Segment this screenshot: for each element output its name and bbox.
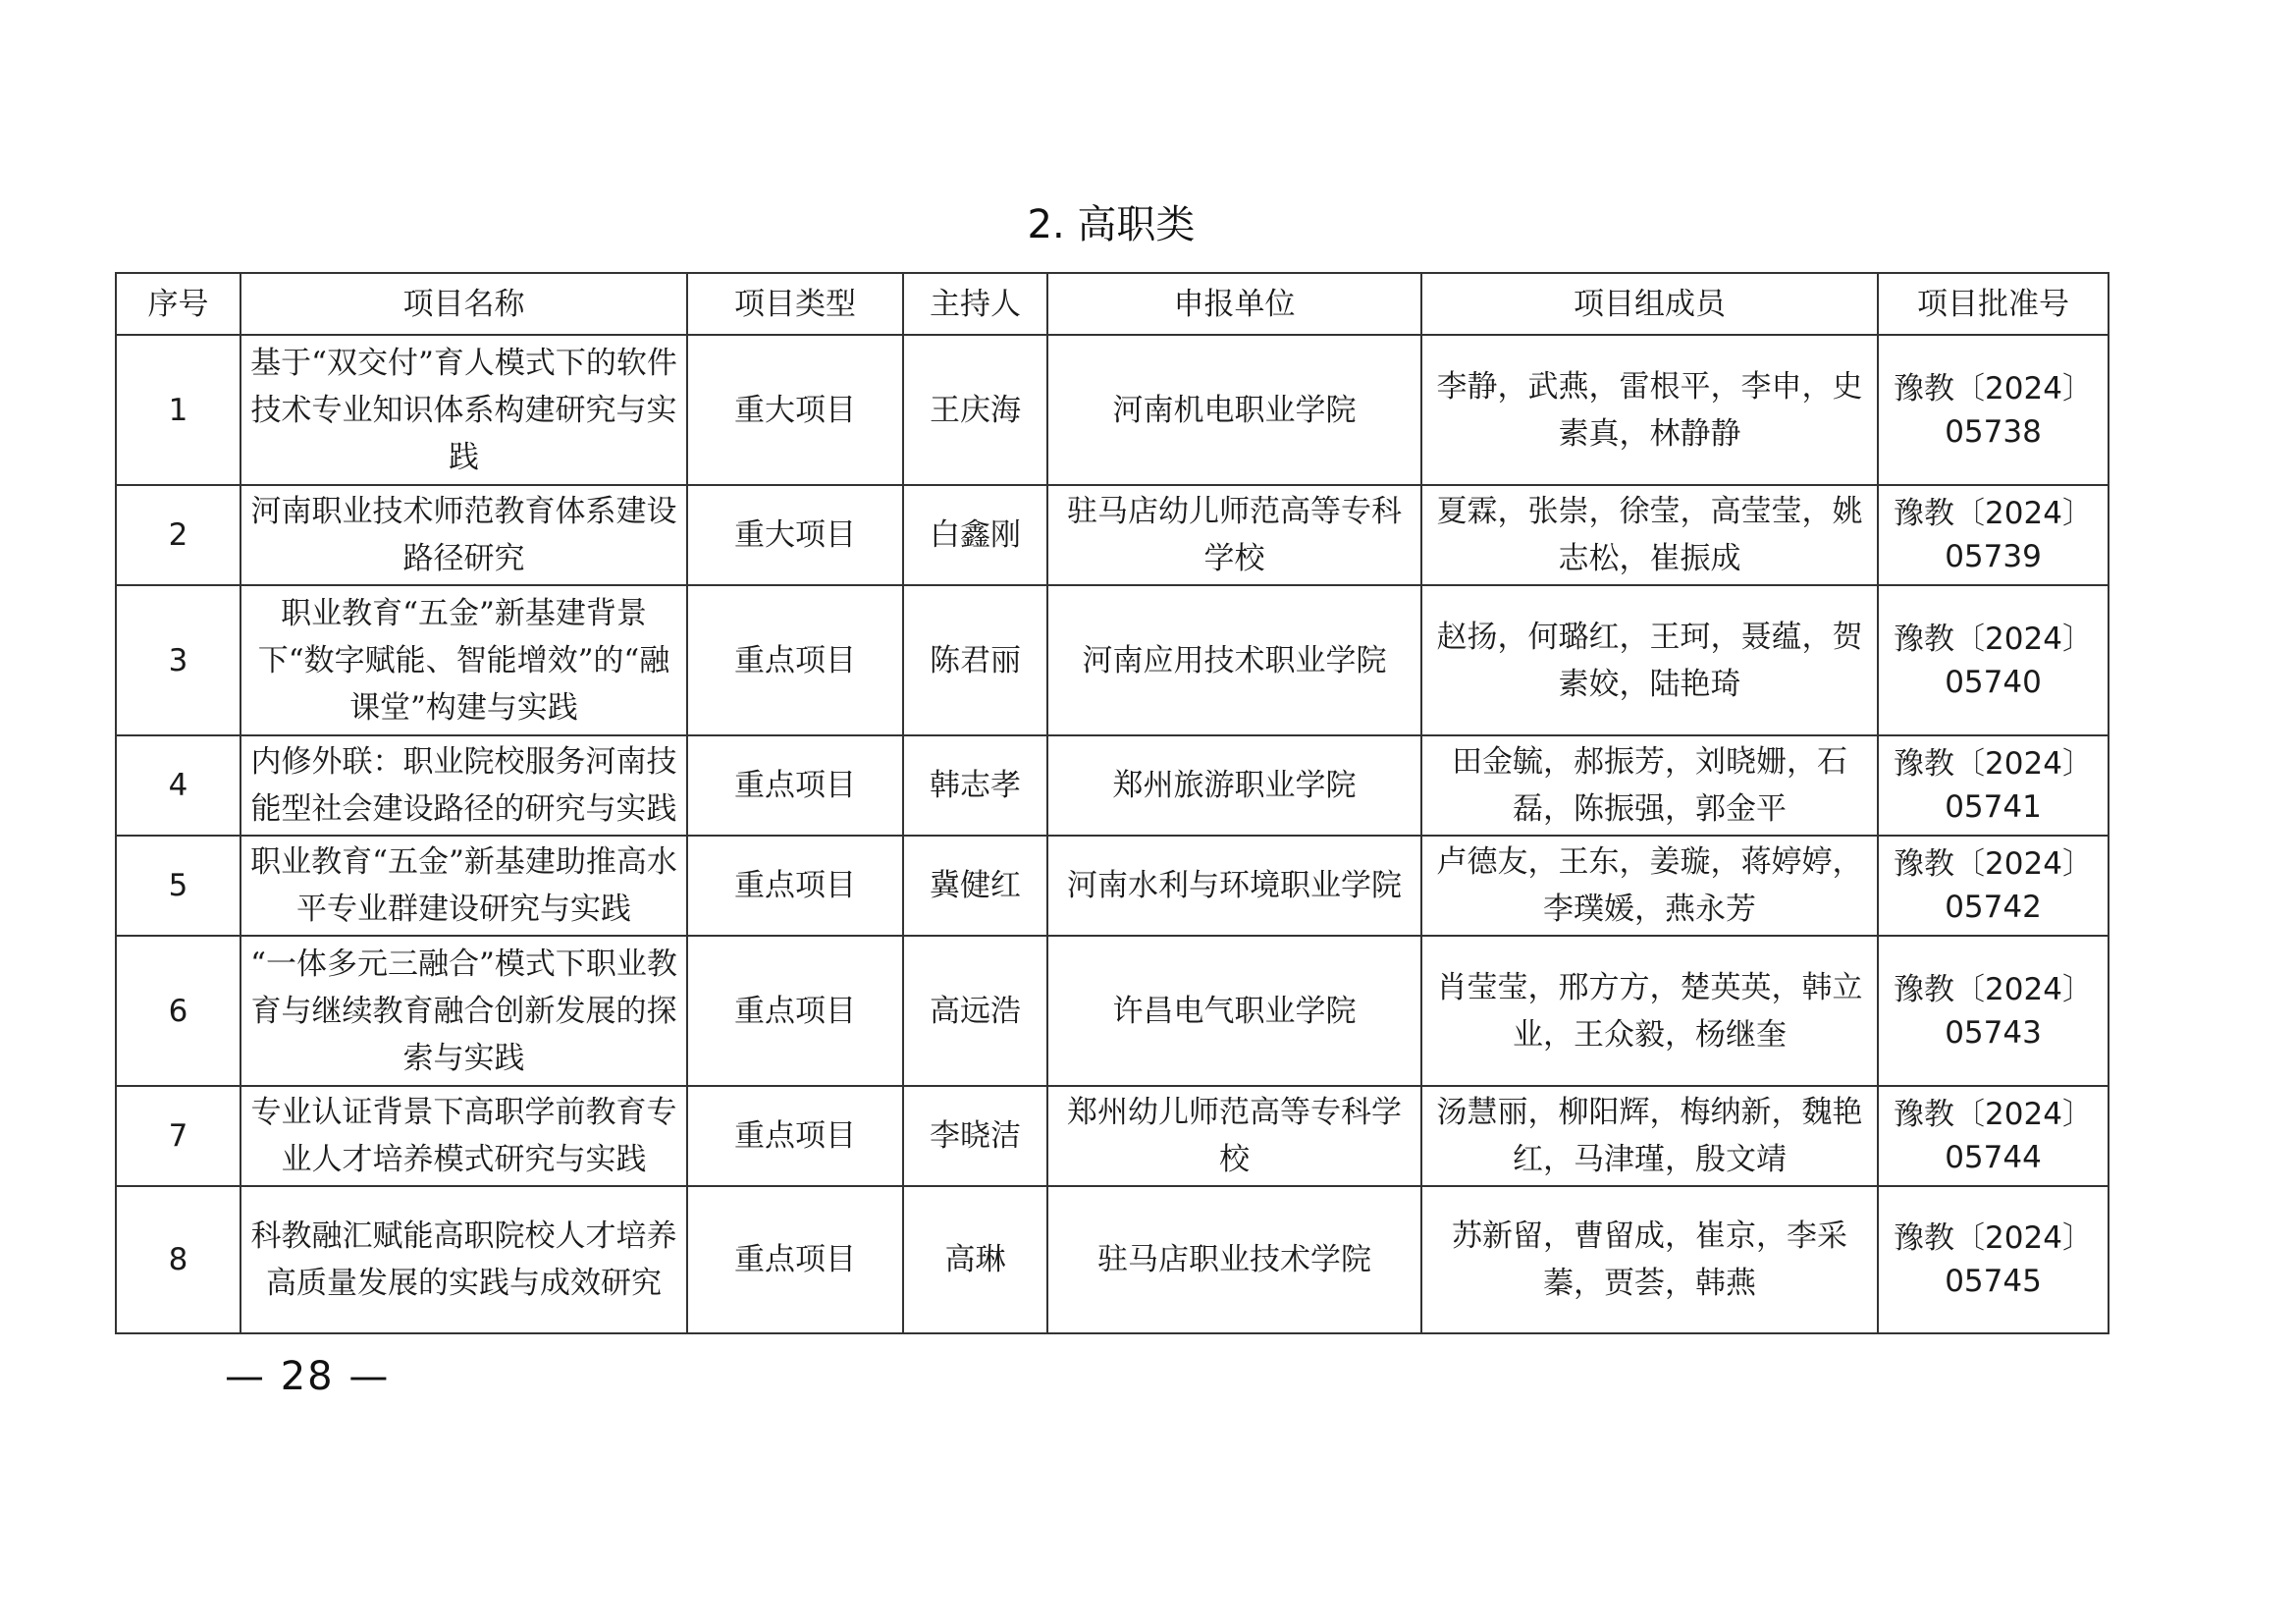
project-type: 重点项目: [687, 1186, 903, 1333]
approval-number: 豫教〔2024〕05745: [1878, 1186, 2109, 1333]
approval-number: 豫教〔2024〕05741: [1878, 735, 2109, 836]
project-leader: 陈君丽: [903, 585, 1047, 735]
project-leader: 白鑫刚: [903, 485, 1047, 585]
applying-unit: 河南水利与环境职业学院: [1047, 836, 1421, 936]
approval-code: 05744: [1885, 1136, 2102, 1179]
approval-prefix: 豫教〔2024〕: [1885, 1093, 2102, 1136]
approval-number: 豫教〔2024〕05739: [1878, 485, 2109, 585]
header-unit: 申报单位: [1047, 273, 1421, 335]
approval-code: 05738: [1885, 410, 2102, 454]
section-title: 2. 高职类: [0, 200, 2222, 249]
approval-number: 豫教〔2024〕05740: [1878, 585, 2109, 735]
approval-prefix: 豫教〔2024〕: [1885, 742, 2102, 785]
project-members: 田金毓，郝振芳，刘晓姗，石磊，陈振强，郭金平: [1421, 735, 1878, 836]
approval-prefix: 豫教〔2024〕: [1885, 842, 2102, 886]
table-row: 1 基于“双交付”育人模式下的软件技术专业知识体系构建研究与实践 重大项目 王庆…: [116, 335, 2109, 485]
applying-unit: 许昌电气职业学院: [1047, 936, 1421, 1086]
applying-unit: 驻马店幼儿师范高等专科学校: [1047, 485, 1421, 585]
table-header-row: 序号 项目名称 项目类型 主持人 申报单位 项目组成员 项目批准号: [116, 273, 2109, 335]
approval-prefix: 豫教〔2024〕: [1885, 618, 2102, 661]
project-leader: 高琳: [903, 1186, 1047, 1333]
project-members: 赵扬，何璐红，王珂，聂蕴，贺素姣，陆艳琦: [1421, 585, 1878, 735]
approval-number: 豫教〔2024〕05738: [1878, 335, 2109, 485]
row-index: 4: [116, 735, 240, 836]
project-type: 重点项目: [687, 936, 903, 1086]
project-leader: 李晓洁: [903, 1086, 1047, 1186]
row-index: 2: [116, 485, 240, 585]
applying-unit: 郑州幼儿师范高等专科学校: [1047, 1086, 1421, 1186]
project-name: 基于“双交付”育人模式下的软件技术专业知识体系构建研究与实践: [240, 335, 687, 485]
projects-table: 序号 项目名称 项目类型 主持人 申报单位 项目组成员 项目批准号 1 基于“双…: [115, 272, 2109, 1334]
row-index: 7: [116, 1086, 240, 1186]
table-row: 6 “一体多元三融合”模式下职业教育与继续教育融合创新发展的探索与实践 重点项目…: [116, 936, 2109, 1086]
project-members: 苏新留，曹留成，崔京，李采蓁，贾荟，韩燕: [1421, 1186, 1878, 1333]
table-row: 7 专业认证背景下高职学前教育专业人才培养模式研究与实践 重点项目 李晓洁 郑州…: [116, 1086, 2109, 1186]
row-index: 1: [116, 335, 240, 485]
row-index: 3: [116, 585, 240, 735]
project-members: 卢德友，王东，姜璇，蒋婷婷，李璞媛，燕永芳: [1421, 836, 1878, 936]
project-type: 重大项目: [687, 335, 903, 485]
header-approval-number: 项目批准号: [1878, 273, 2109, 335]
project-leader: 王庆海: [903, 335, 1047, 485]
approval-code: 05745: [1885, 1260, 2102, 1303]
applying-unit: 河南应用技术职业学院: [1047, 585, 1421, 735]
project-name: 河南职业技术师范教育体系建设路径研究: [240, 485, 687, 585]
project-leader: 韩志孝: [903, 735, 1047, 836]
table-row: 5 职业教育“五金”新基建助推高水平专业群建设研究与实践 重点项目 冀健红 河南…: [116, 836, 2109, 936]
approval-number: 豫教〔2024〕05742: [1878, 836, 2109, 936]
approval-prefix: 豫教〔2024〕: [1885, 492, 2102, 535]
applying-unit: 郑州旅游职业学院: [1047, 735, 1421, 836]
approval-code: 05741: [1885, 785, 2102, 829]
project-name: 职业教育“五金”新基建背景下“数字赋能、智能增效”的“融课堂”构建与实践: [240, 585, 687, 735]
project-leader: 冀健红: [903, 836, 1047, 936]
approval-code: 05742: [1885, 886, 2102, 929]
project-name: 专业认证背景下高职学前教育专业人才培养模式研究与实践: [240, 1086, 687, 1186]
project-members: 肖莹莹，邢方方，楚英英，韩立业，王众毅，杨继奎: [1421, 936, 1878, 1086]
project-members: 夏霖，张崇，徐莹，高莹莹，姚志松，崔振成: [1421, 485, 1878, 585]
row-index: 5: [116, 836, 240, 936]
approval-code: 05739: [1885, 535, 2102, 578]
project-type: 重点项目: [687, 585, 903, 735]
header-members: 项目组成员: [1421, 273, 1878, 335]
header-leader: 主持人: [903, 273, 1047, 335]
table-row: 3 职业教育“五金”新基建背景下“数字赋能、智能增效”的“融课堂”构建与实践 重…: [116, 585, 2109, 735]
table-row: 4 内修外联：职业院校服务河南技能型社会建设路径的研究与实践 重点项目 韩志孝 …: [116, 735, 2109, 836]
project-name: 职业教育“五金”新基建助推高水平专业群建设研究与实践: [240, 836, 687, 936]
project-type: 重点项目: [687, 836, 903, 936]
project-name: 内修外联：职业院校服务河南技能型社会建设路径的研究与实践: [240, 735, 687, 836]
approval-number: 豫教〔2024〕05743: [1878, 936, 2109, 1086]
header-project-type: 项目类型: [687, 273, 903, 335]
approval-code: 05740: [1885, 661, 2102, 704]
approval-prefix: 豫教〔2024〕: [1885, 367, 2102, 410]
header-project-name: 项目名称: [240, 273, 687, 335]
header-index: 序号: [116, 273, 240, 335]
project-leader: 高远浩: [903, 936, 1047, 1086]
row-index: 8: [116, 1186, 240, 1333]
project-type: 重大项目: [687, 485, 903, 585]
approval-code: 05743: [1885, 1011, 2102, 1055]
project-members: 汤慧丽，柳阳辉，梅纳新，魏艳红，马津瑾，殷文靖: [1421, 1086, 1878, 1186]
table-row: 2 河南职业技术师范教育体系建设路径研究 重大项目 白鑫刚 驻马店幼儿师范高等专…: [116, 485, 2109, 585]
project-type: 重点项目: [687, 1086, 903, 1186]
row-index: 6: [116, 936, 240, 1086]
project-type: 重点项目: [687, 735, 903, 836]
page-number: — 28 —: [225, 1355, 390, 1398]
approval-prefix: 豫教〔2024〕: [1885, 968, 2102, 1011]
applying-unit: 河南机电职业学院: [1047, 335, 1421, 485]
project-name: 科教融汇赋能高职院校人才培养高质量发展的实践与成效研究: [240, 1186, 687, 1333]
table-row: 8 科教融汇赋能高职院校人才培养高质量发展的实践与成效研究 重点项目 高琳 驻马…: [116, 1186, 2109, 1333]
approval-prefix: 豫教〔2024〕: [1885, 1217, 2102, 1260]
applying-unit: 驻马店职业技术学院: [1047, 1186, 1421, 1333]
project-name: “一体多元三融合”模式下职业教育与继续教育融合创新发展的探索与实践: [240, 936, 687, 1086]
approval-number: 豫教〔2024〕05744: [1878, 1086, 2109, 1186]
project-members: 李静，武燕，雷根平，李申，史素真，林静静: [1421, 335, 1878, 485]
